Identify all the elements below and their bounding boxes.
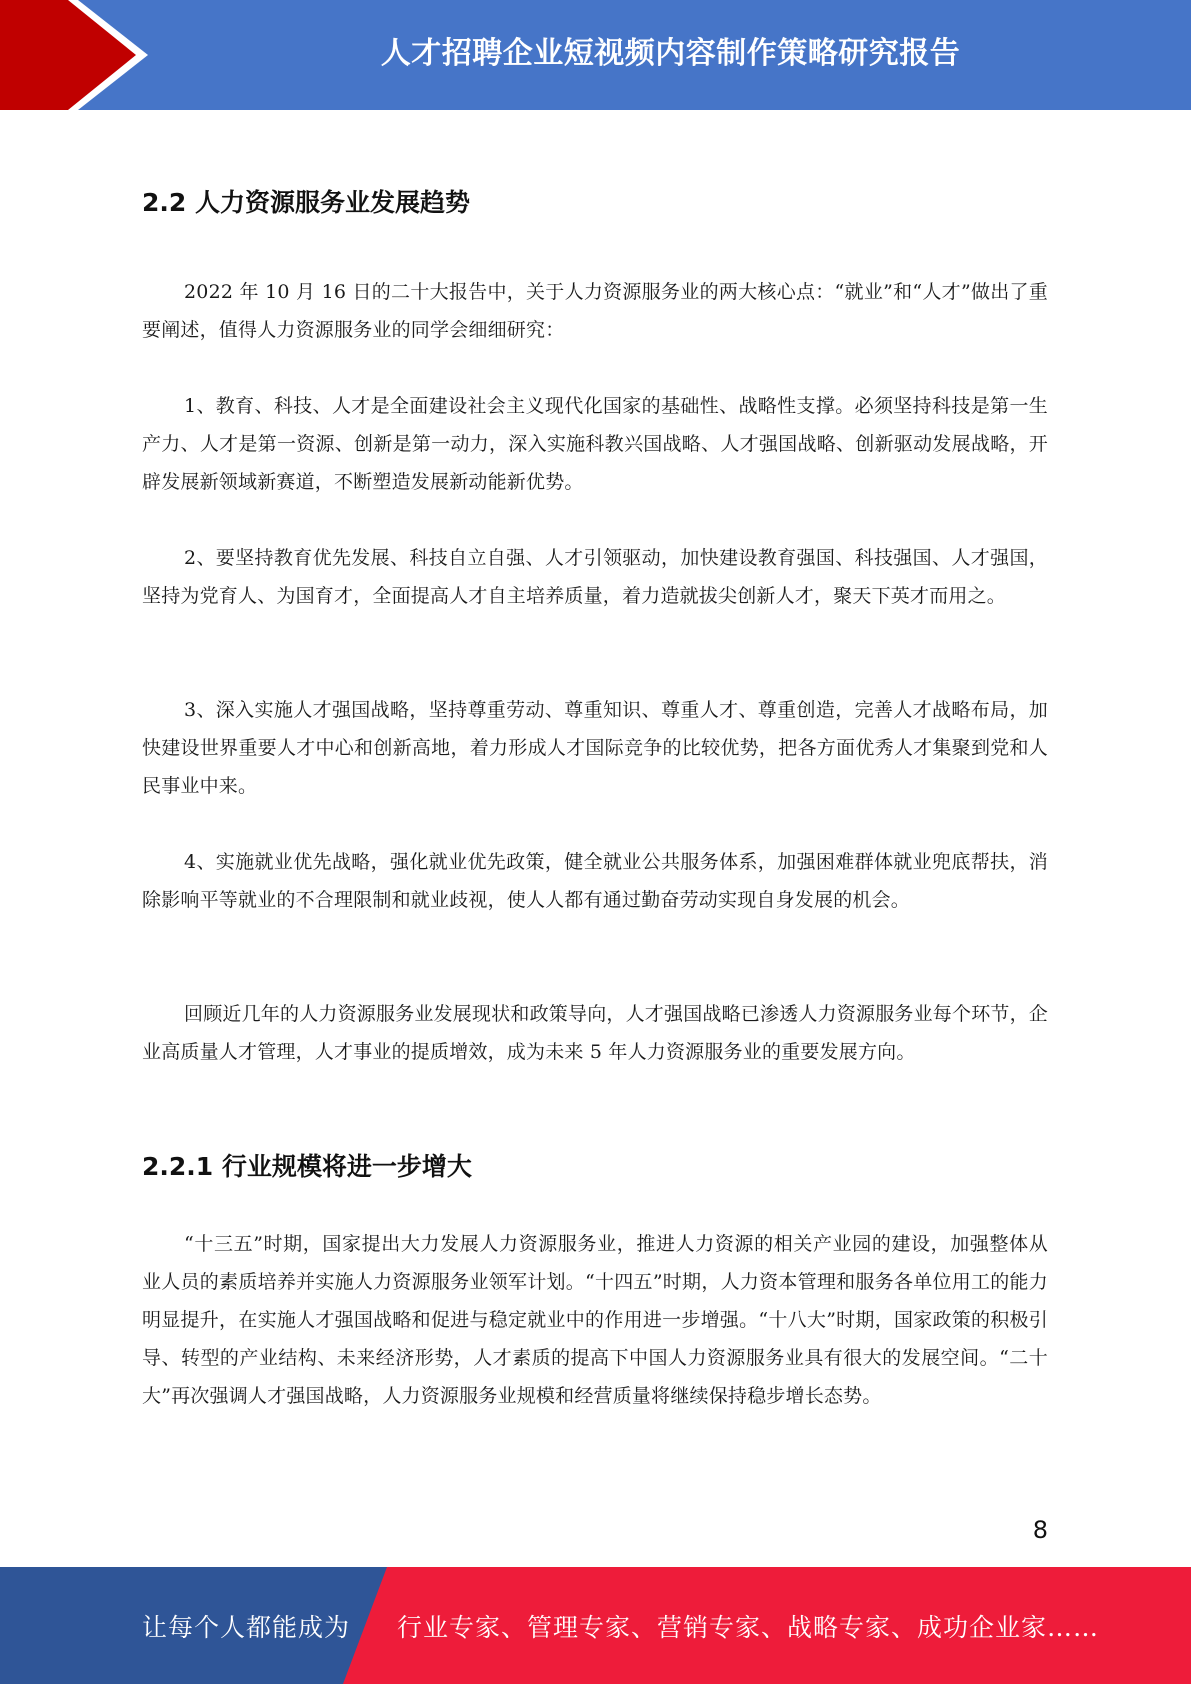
intro-paragraph: 2022 年 10 月 16 日的二十大报告中，关于人力资源服务业的两大核心点：… bbox=[142, 273, 1048, 349]
report-title: 人才招聘企业短视频内容制作策略研究报告 bbox=[150, 0, 1191, 100]
page-footer: 让每个人都能成为 行业专家、管理专家、营销专家、战略专家、成功企业家…… bbox=[0, 1567, 1191, 1684]
page-header: 人才招聘企业短视频内容制作策略研究报告 bbox=[0, 0, 1191, 110]
section-heading-2-2: 2.2 人力资源服务业发展趋势 bbox=[142, 183, 470, 219]
industry-scale-paragraph: “十三五”时期，国家提出大力发展人力资源服务业，推进人力资源的相关产业园的建设，… bbox=[142, 1225, 1048, 1415]
point-paragraph-3: 3、深入实施人才强国战略，坚持尊重劳动、尊重知识、尊重人才、尊重创造，完善人才战… bbox=[142, 691, 1048, 805]
section-heading-2-2-1: 2.2.1 行业规模将进一步增大 bbox=[142, 1147, 472, 1183]
footer-slogan-right: 行业专家、管理专家、营销专家、战略专家、成功企业家…… bbox=[397, 1567, 1099, 1684]
point-paragraph-2: 2、要坚持教育优先发展、科技自立自强、人才引领驱动，加快建设教育强国、科技强国、… bbox=[142, 539, 1048, 615]
point-paragraph-1: 1、教育、科技、人才是全面建设社会主义现代化国家的基础性、战略性支撑。必须坚持科… bbox=[142, 387, 1048, 501]
point-paragraph-4: 4、实施就业优先战略，强化就业优先政策，健全就业公共服务体系，加强困难群体就业兜… bbox=[142, 843, 1048, 919]
conclusion-paragraph: 回顾近几年的人力资源服务业发展现状和政策导向，人才强国战略已渗透人力资源服务业每… bbox=[142, 995, 1048, 1071]
footer-slogan-left: 让每个人都能成为 bbox=[142, 1567, 350, 1684]
page-number: 8 bbox=[1033, 1516, 1048, 1544]
